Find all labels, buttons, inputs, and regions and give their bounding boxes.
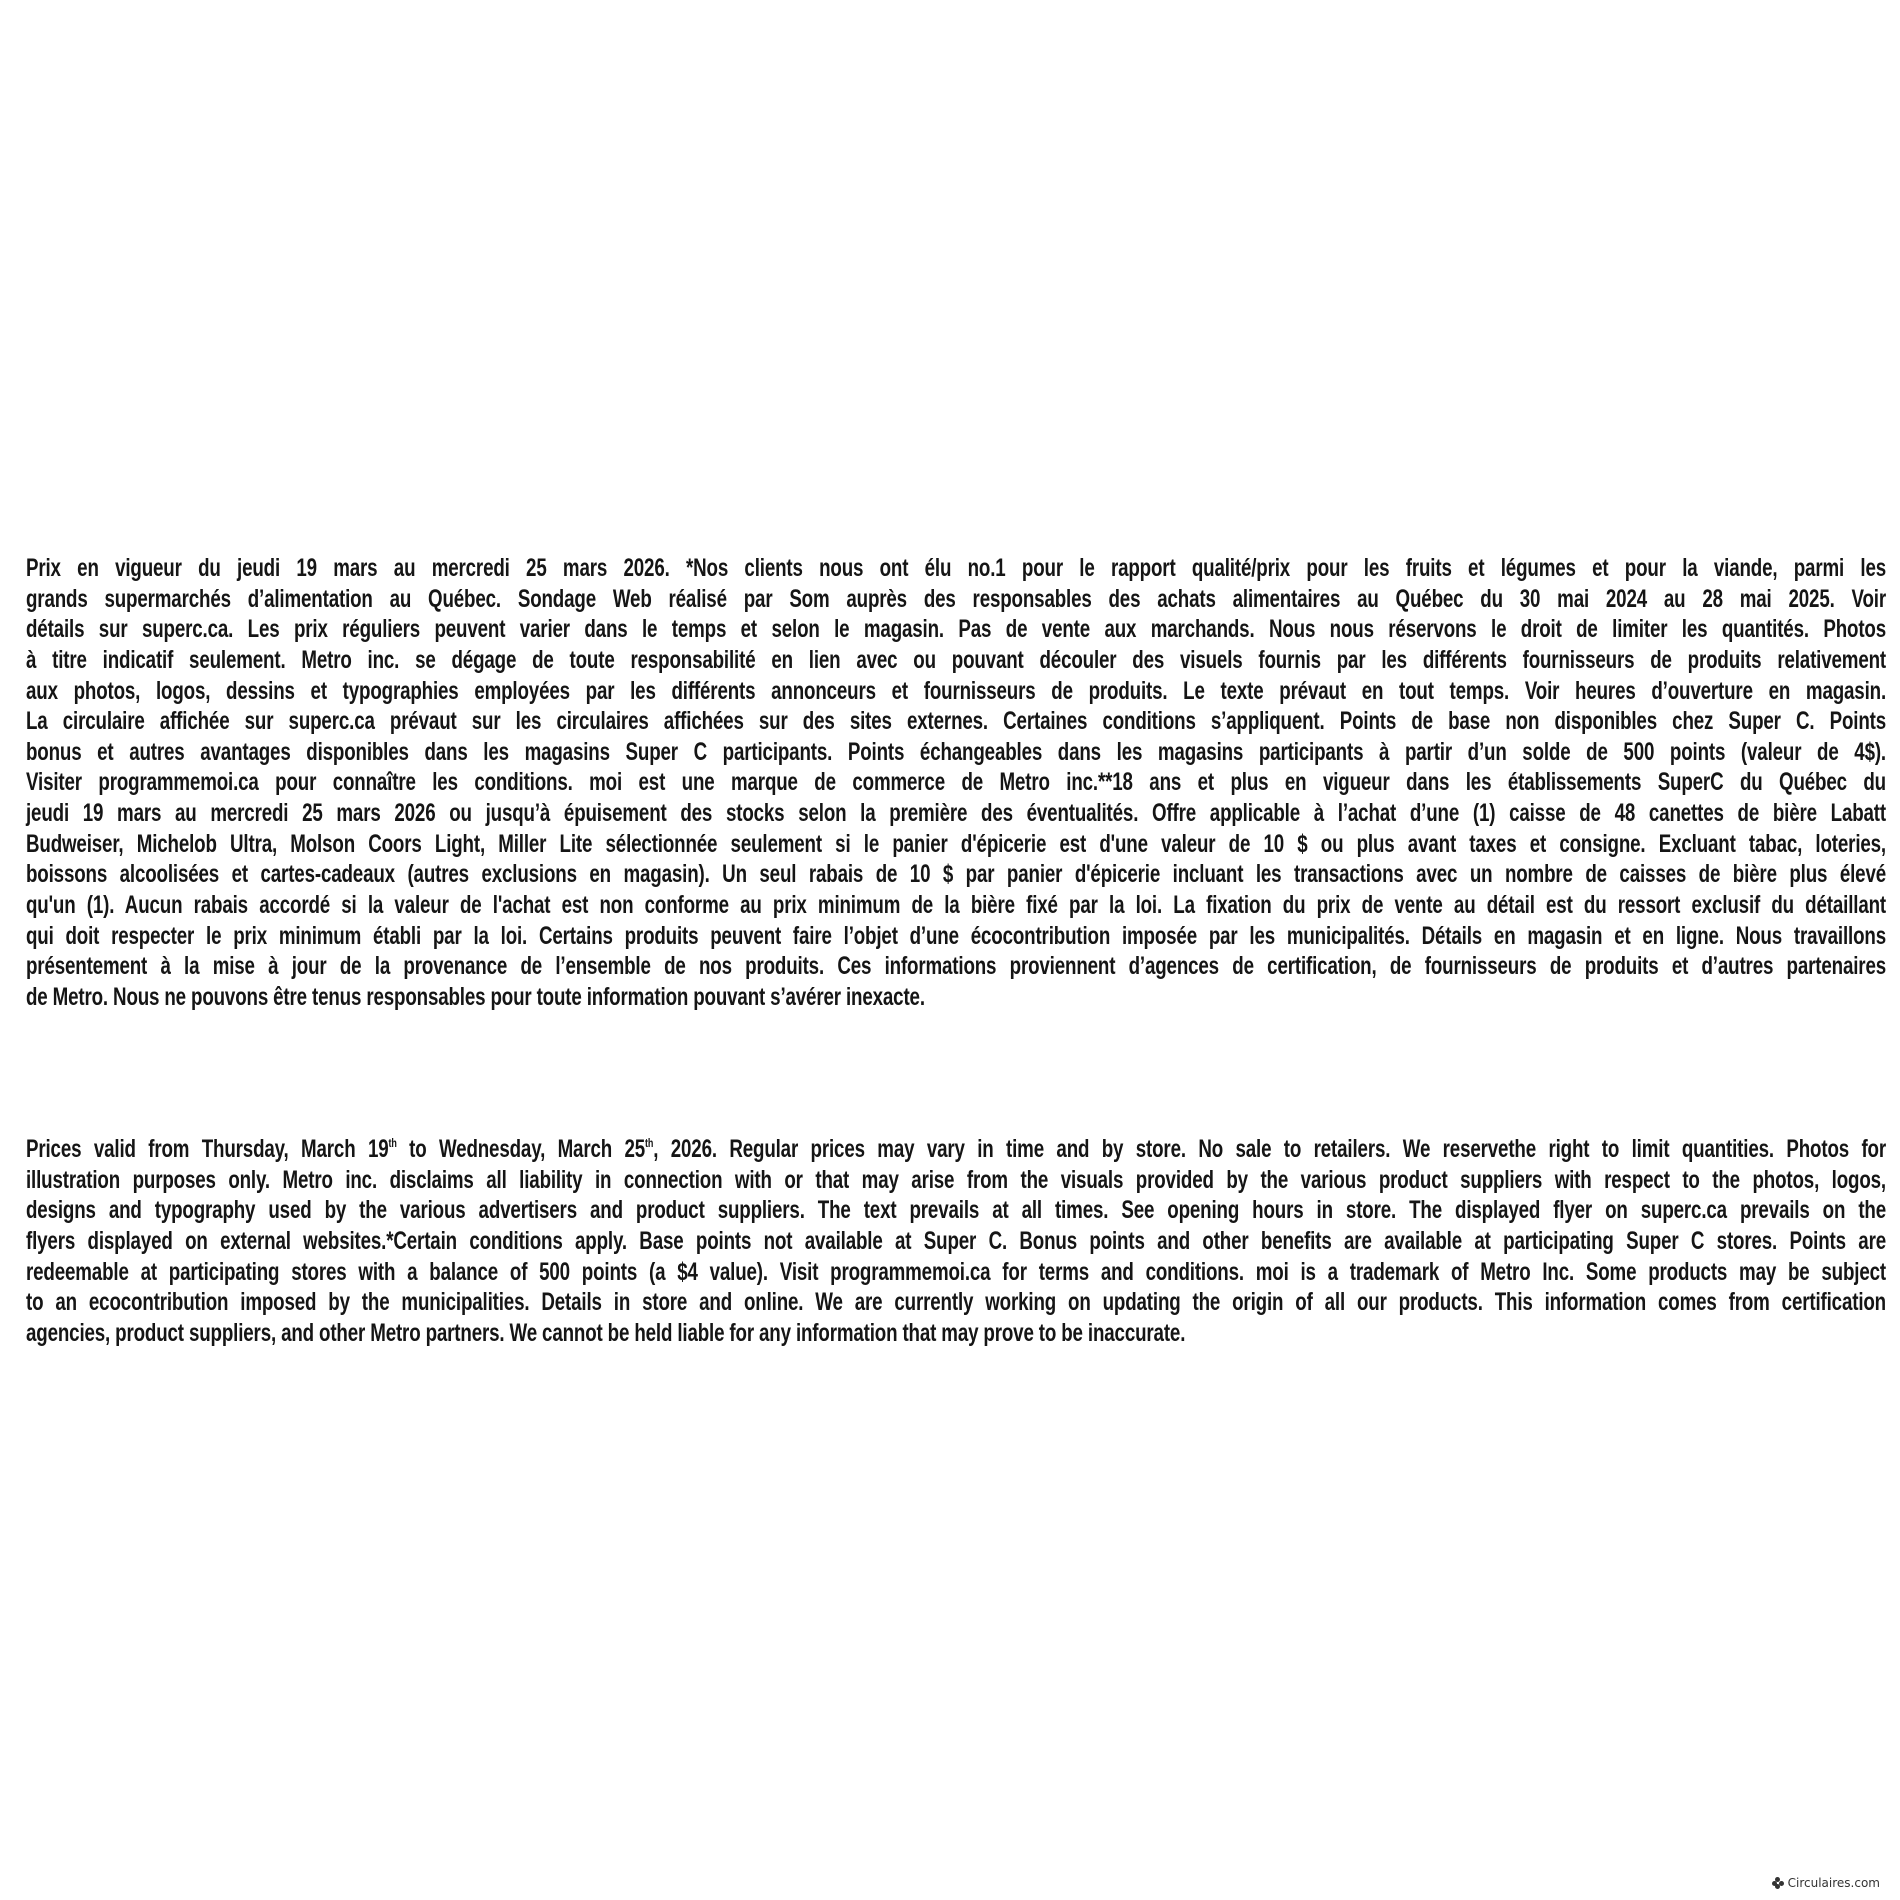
disclaimer-line: grands supermarchés d’alimentation au Qu… (26, 584, 1886, 615)
disclaimer-line: redeemable at participating stores with … (26, 1257, 1886, 1288)
disclaimer-line: La circulaire affichée sur superc.ca pré… (26, 706, 1886, 737)
disclaimer-line: boissons alcoolisées et cartes-cadeaux (… (26, 859, 1886, 890)
flower-icon (1772, 1877, 1784, 1889)
disclaimer-line: aux photos, logos, dessins et typographi… (26, 676, 1886, 707)
disclaimer-line: Prix en vigueur du jeudi 19 mars au merc… (26, 553, 1886, 584)
disclaimer-line: qu'un (1). Aucun rabais accordé si la va… (26, 890, 1886, 921)
disclaimer-line: to an ecocontribution imposed by the mun… (26, 1287, 1886, 1318)
disclaimer-line: flyers displayed on external websites.*C… (26, 1226, 1886, 1257)
disclaimer-line: qui doit respecter le prix minimum établ… (26, 921, 1886, 952)
french-disclaimer-paragraph: Prix en vigueur du jeudi 19 mars au merc… (26, 553, 1886, 1013)
circulaires-watermark: Circulaires.com (1772, 1876, 1880, 1890)
disclaimer-line: détails sur superc.ca. Les prix régulier… (26, 614, 1886, 645)
english-disclaimer-paragraph: Prices valid from Thursday, March 19th t… (26, 1134, 1886, 1348)
flyer-page: Prix en vigueur du jeudi 19 mars au merc… (0, 0, 1900, 1900)
disclaimer-line: illustration purposes only. Metro inc. d… (26, 1165, 1886, 1196)
disclaimer-line: agencies, product suppliers, and other M… (26, 1318, 1886, 1349)
disclaimer-line: Budweiser, Michelob Ultra, Molson Coors … (26, 829, 1886, 860)
disclaimer-line: Visiter programmemoi.ca pour connaître l… (26, 767, 1886, 798)
watermark-label: Circulaires.com (1788, 1876, 1880, 1890)
disclaimer-line: designs and typography used by the vario… (26, 1195, 1886, 1226)
disclaimer-line: de Metro. Nous ne pouvons être tenus res… (26, 982, 1886, 1013)
disclaimer-line: bonus et autres avantages disponibles da… (26, 737, 1886, 768)
disclaimer-line: Prices valid from Thursday, March 19th t… (26, 1134, 1886, 1165)
disclaimer-line: jeudi 19 mars au mercredi 25 mars 2026 o… (26, 798, 1886, 829)
disclaimer-line: présentement à la mise à jour de la prov… (26, 951, 1886, 982)
disclaimer-line: à titre indicatif seulement. Metro inc. … (26, 645, 1886, 676)
